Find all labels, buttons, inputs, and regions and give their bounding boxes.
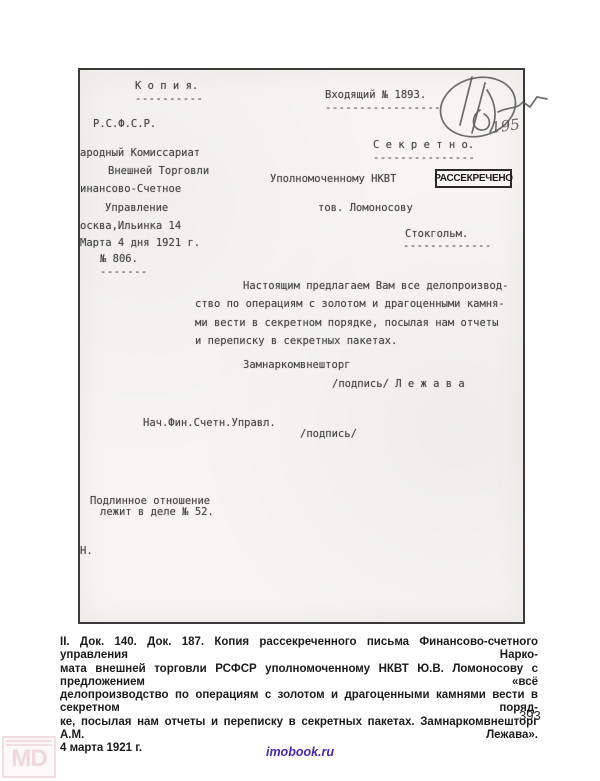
body-line: Настоящим предлагаем Вам все делопроизво… — [243, 280, 509, 292]
caption-line: ке, посылая нам отчеты и переписку в сек… — [60, 716, 538, 743]
handwritten-annotation: 195 — [430, 75, 555, 145]
handwritten-number: 195 — [490, 115, 521, 137]
body-line: и переписку в секретных пакетах. — [195, 335, 397, 347]
imobook-link[interactable]: imobook.ru — [0, 745, 600, 759]
page-number: 393 — [519, 708, 541, 723]
addressee-title: Уполномоченному НКВТ — [270, 173, 396, 185]
signature-dept: /подпись/ — [300, 428, 357, 440]
copy-label: К о п и я. — [135, 80, 198, 92]
figure-caption: II. Док. 140. Док. 187. Копия рассекрече… — [60, 636, 538, 756]
scanned-letter: К о п и я. ---------- Входящий № 1893. -… — [78, 68, 525, 624]
org-address-line: осква,Ильинка 14 — [80, 220, 181, 232]
caption-line: II. Док. 140. Док. 187. Копия рассекрече… — [60, 636, 538, 663]
signature-lezhava: /подпись/ Л е ж а в а — [332, 378, 465, 390]
rsfsr-label: Р.С.Ф.С.Р. — [93, 118, 156, 130]
addressee-name: тов. Ломоносову — [318, 202, 413, 214]
secret-underline: --------------- — [373, 152, 475, 164]
body-line: ми вести в секретном порядке, посылая на… — [195, 317, 498, 329]
signer-title: Замнаркомвнешторг — [243, 359, 350, 371]
copy-underline: ---------- — [135, 93, 203, 105]
org-line: инансово-Счетное — [80, 183, 181, 195]
city-underline: ------------- — [403, 240, 492, 252]
caption-line: мата внешней торговли РСФСР уполномоченн… — [60, 663, 538, 690]
publisher-logo: MD — [2, 736, 56, 778]
incoming-number: Входящий № 1893. — [325, 89, 426, 101]
org-line: ародный Комиссариат — [80, 147, 200, 159]
org-line: Внешней Торговли — [108, 165, 209, 177]
dept-title: Нач.Фин.Счетн.Управл. — [143, 417, 276, 429]
stray-mark: Н. — [80, 545, 93, 557]
org-date-line: Марта 4 дня 1921 г. — [80, 237, 200, 249]
publisher-logo-text: MD — [4, 746, 54, 772]
city-label: Стокгольм. — [405, 228, 468, 240]
incoming-underline: ----------------- — [325, 102, 441, 114]
org-line: Управление — [105, 202, 168, 214]
declassified-stamp: РАССЕКРЕЧЕНО — [435, 169, 512, 188]
doc-number: № 806. — [100, 253, 138, 265]
note-line: лежит в деле № 52. — [100, 506, 214, 518]
doc-number-underline: ------- — [100, 266, 148, 278]
caption-line: делопроизводство по операциям с золотом … — [60, 689, 538, 716]
body-line: ство по операциям с золотом и драгоценны… — [195, 298, 505, 310]
declassified-stamp-label: РАССЕКРЕЧЕНО — [434, 173, 512, 184]
